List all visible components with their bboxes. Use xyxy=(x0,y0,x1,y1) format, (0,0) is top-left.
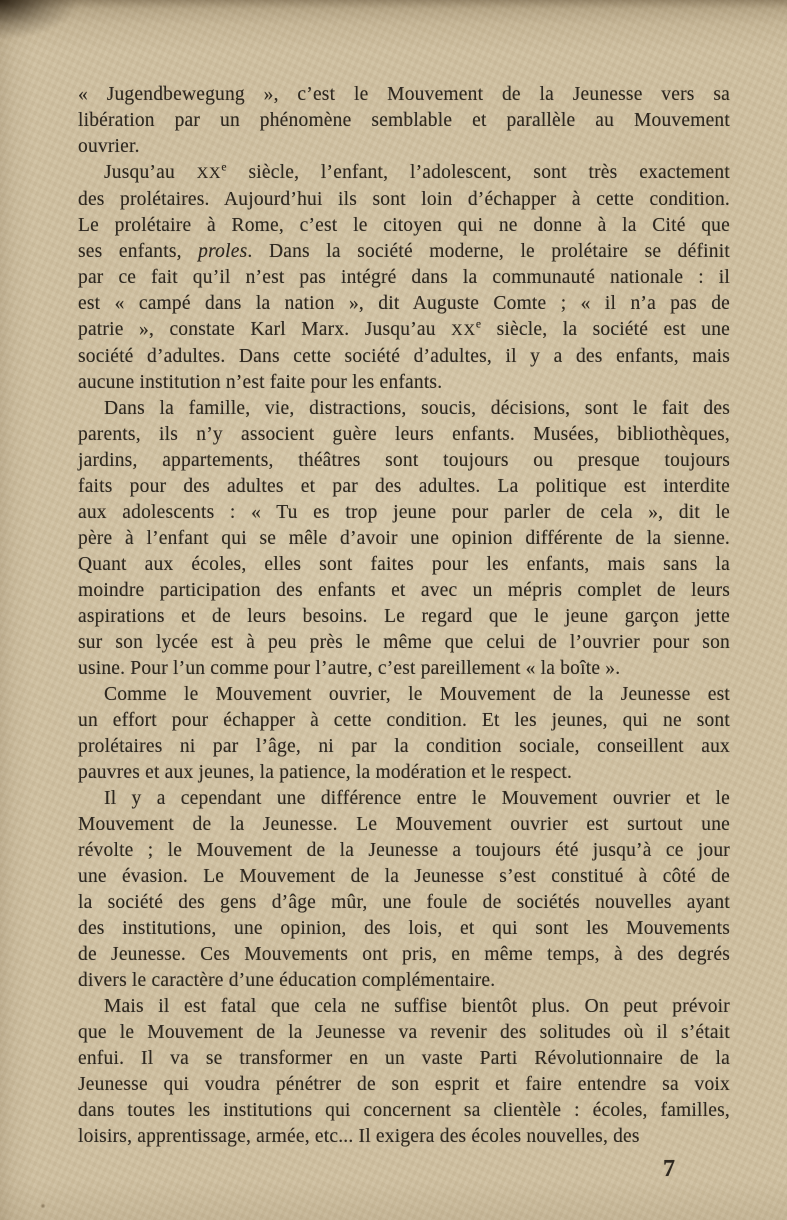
text-line: société d’adultes. Dans cette société d’… xyxy=(78,344,730,370)
text-line: loisirs, apprentissage, armée, etc... Il… xyxy=(78,1124,730,1150)
text-line: Dans la famille, vie, distractions, souc… xyxy=(78,396,730,422)
text-line: enfui. Il va se transformer en un vaste … xyxy=(78,1046,730,1072)
paragraph: Il y a cependant une différence entre le… xyxy=(78,786,730,994)
paragraph: Dans la famille, vie, distractions, souc… xyxy=(78,396,730,682)
text-line: Mouvement de la Jeunesse. Le Mouvement o… xyxy=(78,812,730,838)
text-line: que le Mouvement de la Jeunesse va reven… xyxy=(78,1020,730,1046)
text-line: père à l’enfant qui se mêle d’avoir une … xyxy=(78,526,730,552)
scanned-book-page: « Jugendbewegung », c’est le Mouvement d… xyxy=(0,0,787,1220)
text-line: aspirations et de leurs besoins. Le rega… xyxy=(78,604,730,630)
text-line: de Jeunesse. Ces Mouvements ont pris, en… xyxy=(78,942,730,968)
text-line: Il y a cependant une différence entre le… xyxy=(78,786,730,812)
paragraph: Jusqu’au XXe siècle, l’enfant, l’adolesc… xyxy=(78,160,730,396)
text-line: la société des gens d’âge mûr, une foule… xyxy=(78,890,730,916)
text-line: patrie », constate Karl Marx. Jusqu’au X… xyxy=(78,317,730,344)
text-line: ses enfants, proles. Dans la société mod… xyxy=(78,239,730,265)
text-line: aux adolescents : « Tu es trop jeune pou… xyxy=(78,500,730,526)
text-line: un effort pour échapper à cette conditio… xyxy=(78,708,730,734)
text-line: aucune institution n’est faite pour les … xyxy=(78,370,730,396)
text-line: Comme le Mouvement ouvrier, le Mouvement… xyxy=(78,682,730,708)
text-line: par ce fait qu’il n’est pas intégré dans… xyxy=(78,265,730,291)
page-text: « Jugendbewegung », c’est le Mouvement d… xyxy=(78,82,730,1150)
text-line: Le prolétaire à Rome, c’est le citoyen q… xyxy=(78,213,730,239)
text-line: une évasion. Le Mouvement de la Jeunesse… xyxy=(78,864,730,890)
text-line: des institutions, une opinion, des lois,… xyxy=(78,916,730,942)
text-line: moindre participation des enfants et ave… xyxy=(78,578,730,604)
text-line: faits pour des adultes et par des adulte… xyxy=(78,474,730,500)
text-line: « Jugendbewegung », c’est le Mouvement d… xyxy=(78,82,730,108)
text-line: est « campé dans la nation », dit August… xyxy=(78,291,730,317)
text-line: libération par un phénomène semblable et… xyxy=(78,108,730,134)
text-line: Mais il est fatal que cela ne suffise bi… xyxy=(78,994,730,1020)
page-number: 7 xyxy=(663,1152,675,1186)
text-line: dans toutes les institutions qui concern… xyxy=(78,1098,730,1124)
text-line: des prolétaires. Aujourd’hui ils sont lo… xyxy=(78,187,730,213)
text-line: jardins, appartements, théâtres sont tou… xyxy=(78,448,730,474)
text-line: Jusqu’au XXe siècle, l’enfant, l’adolesc… xyxy=(78,160,730,187)
paragraph: Mais il est fatal que cela ne suffise bi… xyxy=(78,994,730,1150)
text-line: ouvrier. xyxy=(78,134,730,160)
text-line: parents, ils n’y associent guère leurs e… xyxy=(78,422,730,448)
text-line: pauvres et aux jeunes, la patience, la m… xyxy=(78,760,730,786)
text-line: sur son lycée est à peu près le même que… xyxy=(78,630,730,656)
paragraph: Comme le Mouvement ouvrier, le Mouvement… xyxy=(78,682,730,786)
text-line: Quant aux écoles, elles sont faites pour… xyxy=(78,552,730,578)
text-line: Jeunesse qui voudra pénétrer de son espr… xyxy=(78,1072,730,1098)
text-line: usine. Pour l’un comme pour l’autre, c’e… xyxy=(78,656,730,682)
text-line: prolétaires ni par l’âge, ni par la cond… xyxy=(78,734,730,760)
paragraph: « Jugendbewegung », c’est le Mouvement d… xyxy=(78,82,730,160)
text-line: révolte ; le Mouvement de la Jeunesse a … xyxy=(78,838,730,864)
text-line: divers le caractère d’une éducation comp… xyxy=(78,968,730,994)
